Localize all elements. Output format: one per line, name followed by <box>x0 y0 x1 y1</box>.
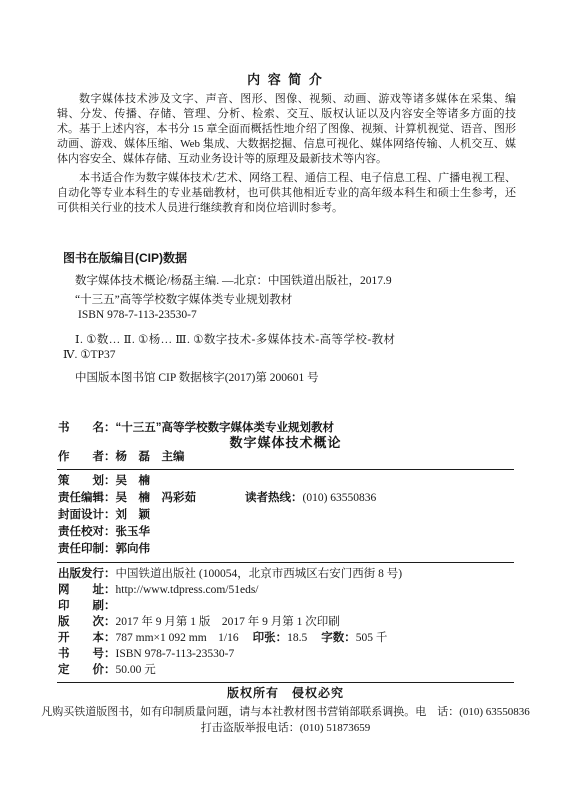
publisher-label: 出版发行： <box>58 568 116 580</box>
format-value: 787 mm×1 092 mm 1/16 <box>116 632 239 644</box>
content-summary-title: 内 容 简 介 <box>0 0 571 88</box>
planner-label: 策 划： <box>58 475 116 487</box>
cip-series: “十三五”高等学校数字媒体类专业规划教材 <box>63 293 571 308</box>
editor-label: 责任编辑： <box>58 492 116 504</box>
hotline-label: 读者热线： <box>245 492 303 504</box>
content-summary-paragraph-1: 数字媒体技术涉及文字、声音、图形、图像、视频、动画、游戏等诸多媒体在采集、编辑、… <box>57 92 516 167</box>
price-label: 定 价： <box>58 664 116 676</box>
copyright-page: 内 容 简 介 数字媒体技术涉及文字、声音、图形、图像、视频、动画、游戏等诸多媒… <box>0 0 571 800</box>
author-value: 杨 磊 主编 <box>116 451 185 463</box>
editor-value: 吴 楠 冯彩茹 <box>116 492 197 504</box>
copyright-notice: 版权所有 侵权必究 <box>0 686 571 701</box>
cip-header: 图书在版编目(CIP)数据 <box>63 250 571 266</box>
isbn-label: 书 号： <box>58 648 116 660</box>
isbn-value: ISBN 978-7-113-23530-7 <box>116 648 235 660</box>
author-row: 作 者：杨 磊 主编 <box>58 450 571 465</box>
book-title-values: “十三五”高等学校数字媒体类专业规划教材 数字媒体技术概论 <box>116 421 456 450</box>
staff-row-planner: 策 划：吴 楠 <box>58 473 571 490</box>
staff-row-cover-design: 封面设计：刘 颖 <box>58 507 571 524</box>
pub-row-edition: 版 次：2017 年 9 月第 1 版 2017 年 9 月第 1 次印刷 <box>58 614 571 630</box>
book-title-label: 书 名： <box>58 421 116 435</box>
hotline-value: (010) 63550836 <box>303 492 377 504</box>
quality-exchange-line: 凡购买铁道版图书，如有印制质量问题，请与本社教材图书营销部联系调换。电 话：(0… <box>0 704 571 720</box>
proofreader-value: 张玉华 <box>116 526 151 538</box>
cip-block: 图书在版编目(CIP)数据 数字媒体技术概论/杨磊主编. —北京：中国铁道出版社… <box>63 250 571 386</box>
pub-row-publisher: 出版发行：中国铁道出版社 (100054，北京市西城区右安门西街 8 号) <box>58 566 571 582</box>
print-supervisor-label: 责任印制： <box>58 543 116 555</box>
editor-left: 责任编辑：吴 楠 冯彩茹 <box>58 490 245 507</box>
proofreader-label: 责任校对： <box>58 526 116 538</box>
cip-classification: Ⅰ. ①数… Ⅱ. ①杨… Ⅲ. ①数字技术-多媒体技术-高等学校-教材 Ⅳ. … <box>63 333 395 363</box>
staff-row-print-supervisor: 责任印制：郭向伟 <box>58 541 571 558</box>
publisher-value: 中国铁道出版社 (100054，北京市西城区右安门西街 8 号) <box>116 568 403 580</box>
cip-entry: 数字媒体技术概论/杨磊主编. —北京：中国铁道出版社，2017.9 <box>63 274 395 289</box>
staff-row-proofreader: 责任校对：张玉华 <box>58 524 571 541</box>
planner-value: 吴 楠 <box>116 475 151 487</box>
book-series-line: “十三五”高等学校数字媒体类专业规划教材 <box>116 421 456 435</box>
format-label: 开 本： <box>58 632 116 644</box>
website-label: 网 址： <box>58 584 116 596</box>
pub-row-website: 网 址：http://www.tdpress.com/51eds/ <box>58 582 571 598</box>
pub-row-isbn: 书 号：ISBN 978-7-113-23530-7 <box>58 646 571 662</box>
content-summary-paragraph-2: 本书适合作为数字媒体技术/艺术、网络工程、通信工程、电子信息工程、广播电视工程、… <box>57 171 516 216</box>
cover-design-value: 刘 颖 <box>116 509 151 521</box>
cover-design-label: 封面设计： <box>58 509 116 521</box>
pub-row-format: 开 本：787 mm×1 092 mm 1/16印张：18.5字数：505 千 <box>58 630 571 646</box>
price-value: 50.00 元 <box>116 664 156 676</box>
staff-row-editor: 责任编辑：吴 楠 冯彩茹读者热线：(010) 63550836 <box>58 490 571 507</box>
sheets-value: 18.5 <box>287 632 307 644</box>
divider-1 <box>57 469 514 470</box>
printer-label: 印 刷： <box>58 600 116 612</box>
words-value: 505 千 <box>356 632 388 644</box>
website-value: http://www.tdpress.com/51eds/ <box>116 584 259 596</box>
author-label: 作 者： <box>58 451 116 463</box>
publishing-block: 出版发行：中国铁道出版社 (100054，北京市西城区右安门西街 8 号) 网 … <box>0 566 571 678</box>
piracy-report-line: 打击盗版举报电话：(010) 51873659 <box>0 720 571 736</box>
pub-row-printer: 印 刷： <box>58 598 571 614</box>
sheets-label: 印张： <box>253 632 288 644</box>
words-label: 字数： <box>321 632 356 644</box>
book-title-block: 书 名： “十三五”高等学校数字媒体类专业规划教材 数字媒体技术概论 <box>58 421 571 450</box>
staff-block: 策 划：吴 楠 责任编辑：吴 楠 冯彩茹读者热线：(010) 63550836 … <box>0 473 571 558</box>
print-supervisor-value: 郭向伟 <box>116 543 151 555</box>
divider-2 <box>57 562 514 563</box>
edition-label: 版 次： <box>58 616 116 628</box>
pub-row-price: 定 价：50.00 元 <box>58 662 571 678</box>
edition-value: 2017 年 9 月第 1 版 2017 年 9 月第 1 次印刷 <box>116 616 340 628</box>
cip-isbn: ISBN 978-7-113-23530-7 <box>63 308 571 323</box>
book-main-title: 数字媒体技术概论 <box>116 435 456 450</box>
divider-3 <box>57 682 514 683</box>
cip-record-number: 中国版本图书馆 CIP 数据核字(2017)第 200601 号 <box>63 371 571 386</box>
